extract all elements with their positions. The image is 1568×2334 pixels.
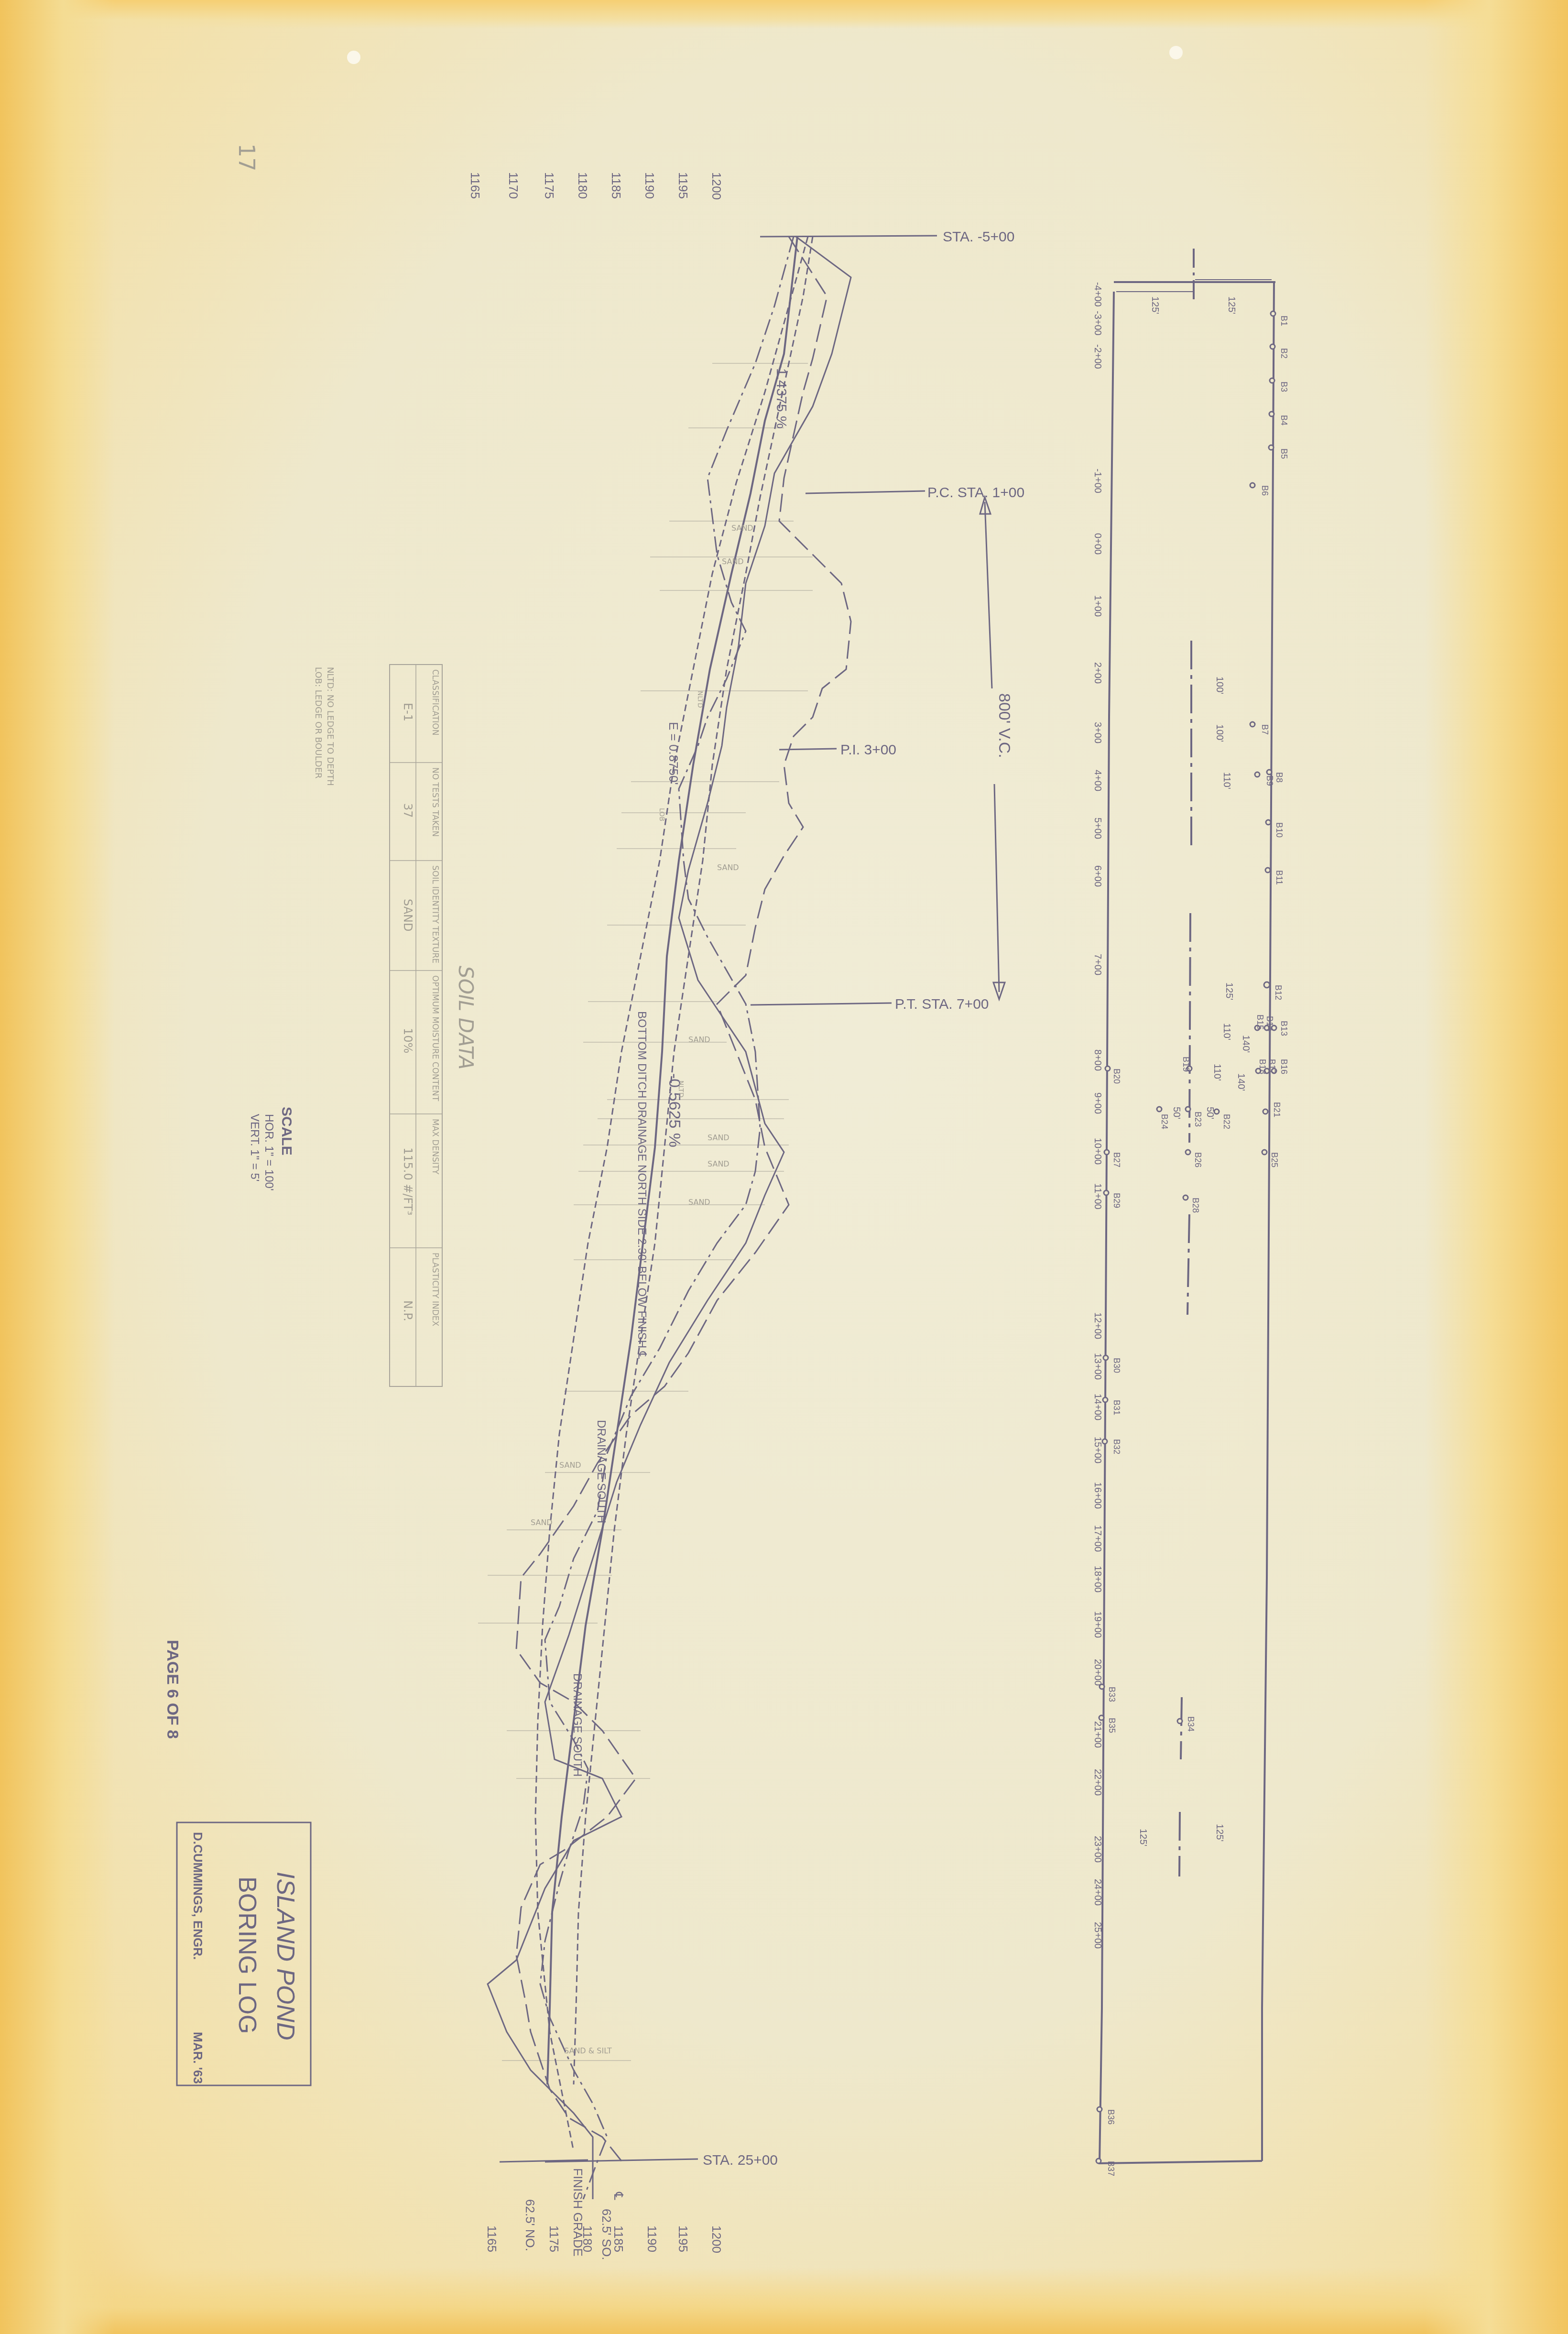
south-offset-ground-line [516, 237, 851, 2161]
station-tick: 21+00 [1092, 1721, 1103, 1748]
boring-label: B13 [1279, 1021, 1289, 1036]
boring-label: B4 [1279, 415, 1289, 425]
station-tick: 1+00 [1092, 595, 1103, 617]
elev-tick: 1200 [709, 2225, 724, 2253]
external-label: E = 0.8750' [666, 722, 681, 785]
soil-value-classification: E-1 [401, 703, 414, 721]
boring-label: B3 [1279, 382, 1289, 392]
punch-hole [1169, 46, 1183, 59]
station-tick: -1+00 [1092, 469, 1103, 493]
boring-label: B35 [1107, 1718, 1117, 1733]
scale-note: SCALE HOR. 1" = 100' VERT. 1" = 5' [248, 1107, 294, 1191]
title-line-2: BORING LOG [233, 1876, 261, 2034]
boring-label: B8 [1274, 772, 1284, 783]
offset-start-south: 125' [1150, 296, 1160, 314]
soil-value-density: 115.0 #/FT³ [401, 1147, 414, 1215]
station-tick: 23+00 [1092, 1836, 1103, 1863]
station-tick: 3+00 [1092, 722, 1103, 743]
elev-tick: 1175 [547, 2225, 561, 2252]
boring-label: B24 [1160, 1114, 1169, 1129]
offset-end-south: 125' [1138, 1829, 1148, 1846]
station-tick: -3+00 [1092, 311, 1103, 336]
boring-label: B1 [1279, 316, 1289, 326]
station-tick: 22+00 [1092, 1769, 1103, 1796]
soil-value-plasticity: N.P. [401, 1300, 414, 1321]
boring-label: B26 [1193, 1152, 1203, 1167]
elev-tick: 1185 [609, 172, 623, 199]
boring-label: B36 [1106, 2109, 1116, 2125]
boring-label: B30 [1112, 1358, 1122, 1373]
soil-callout: SAND [717, 863, 739, 872]
station-tick: 12+00 [1092, 1312, 1103, 1339]
soil-header-density: MAX DENSITY [430, 1119, 440, 1175]
legend-finish-grade: FINISH GRADE [571, 2168, 585, 2257]
boring-label: B15 [1255, 1014, 1265, 1030]
boring-label: B29 [1112, 1193, 1122, 1208]
soil-header-classification: CLASSIFICATION [430, 669, 440, 735]
elev-tick: 1190 [645, 2225, 659, 2252]
finish-grade-line [547, 237, 797, 2084]
station-tick: 17+00 [1092, 1525, 1103, 1552]
boring-label: B10 [1274, 822, 1284, 838]
soil-table-title: SOIL DATA [454, 966, 478, 1069]
plan-view: 125' 125' 100' 100' 110' 125' 110' 140' … [1092, 249, 1289, 2176]
soil-value-moisture: 10% [401, 1028, 414, 1053]
borings-center: B19 B23 B24 B26 B28 B34 [1157, 1057, 1203, 1732]
offset-b9: 110' [1221, 772, 1232, 789]
boring-label: B18 [1258, 1059, 1267, 1074]
boring-label: B12 [1274, 985, 1283, 1000]
soil-callout: SAND [688, 1035, 710, 1044]
soil-callout: SAND [688, 1198, 710, 1207]
boring-label: B7 [1260, 724, 1270, 735]
station-tick: 14+00 [1092, 1394, 1103, 1420]
elev-tick: 1175 [542, 172, 556, 199]
boring-label: B9 [1265, 775, 1274, 786]
boring-label: B21 [1272, 1102, 1282, 1117]
elev-tick: 1165 [485, 2225, 499, 2252]
soil-value-texture: SAND [401, 899, 414, 932]
elevation-axis-top: 1165 1170 1175 1180 1185 1190 1195 1200 [468, 172, 724, 200]
soil-note-lob: LOB: LEDGE OR BOULDER [313, 667, 323, 779]
station-tick: 8+00 [1092, 1049, 1103, 1071]
station-tick: 7+00 [1092, 954, 1103, 975]
station-tick: 11+00 [1092, 1183, 1103, 1210]
vertical-curve-dimension: 800' V.C. [980, 497, 1013, 999]
boring-label: B19 [1181, 1057, 1191, 1072]
station-tick: 24+00 [1092, 1879, 1103, 1906]
soil-callout: SAND [708, 1159, 730, 1168]
offset-b7: 100' [1214, 724, 1225, 742]
ditch-south-note-2: DRAINAGE SOUTH [571, 1673, 584, 1777]
legend-north: 62.5' NO. [523, 2199, 537, 2251]
soil-callout: SAND [731, 524, 753, 533]
boring-label: B23 [1193, 1112, 1203, 1127]
station-tick: 4+00 [1092, 770, 1103, 791]
boring-label: B14 [1265, 1016, 1274, 1031]
scale-horizontal: HOR. 1" = 100' [262, 1114, 275, 1191]
punch-hole [347, 51, 360, 64]
boring-label: B6 [1260, 485, 1270, 496]
station-markers: STA. -5+00 P.C. STA. 1+00 P.I. 3+00 P.T.… [500, 229, 1024, 2168]
boring-label: B22 [1222, 1114, 1231, 1129]
station-label-start: STA. -5+00 [943, 229, 1014, 245]
boring-label: B33 [1107, 1687, 1117, 1702]
station-label-pc: P.C. STA. 1+00 [927, 485, 1024, 501]
grade-label-1: -1.4375 % [773, 363, 789, 429]
elev-tick: 1180 [576, 172, 590, 199]
soil-callout: SAND [708, 1133, 730, 1142]
soil-callout: NLTD [677, 1080, 685, 1098]
offset-b19: 110' [1212, 1064, 1222, 1081]
offset-b15: 110' [1221, 1023, 1232, 1040]
title-block: ISLAND POND BORING LOG D.CUMMINGS, ENGR.… [177, 1822, 311, 2085]
boring-label: B32 [1112, 1439, 1122, 1454]
station-tick: 2+00 [1092, 662, 1103, 684]
plan-north-line [1262, 282, 1274, 2161]
soil-callout: SAND [559, 1461, 581, 1470]
station-tick: 16+00 [1092, 1482, 1103, 1509]
station-label-pi: P.I. 3+00 [840, 742, 896, 758]
offset-start-north: 125' [1226, 296, 1237, 314]
elev-tick: 1195 [676, 2225, 690, 2252]
soil-callout: SAND [531, 1518, 553, 1527]
boring-label: B27 [1112, 1152, 1122, 1167]
boring-label: B17 [1267, 1059, 1277, 1074]
soil-value-tests: 37 [401, 803, 414, 818]
offset-b16-span: 140' [1236, 1073, 1246, 1091]
boring-label: B28 [1191, 1198, 1200, 1213]
station-tick: 9+00 [1092, 1092, 1103, 1114]
boring-label: B5 [1279, 448, 1289, 459]
offset-b22: 50' [1205, 1107, 1215, 1119]
soil-header-moisture: OPTIMUM MOISTURE CONTENT [430, 975, 440, 1102]
engineer-name: D.CUMMINGS, ENGR. [191, 1832, 205, 1960]
boring-label: B25 [1270, 1152, 1279, 1167]
soil-header-plasticity: PLASTICITY INDEX [430, 1253, 440, 1327]
ditch-south-note-1: DRAINAGE SOUTH [595, 1420, 608, 1523]
soil-data-table: SOIL DATA CLASSIFICATION NO TESTS TAKEN … [313, 665, 478, 1386]
soil-callout: SAND & SILT [564, 2046, 612, 2055]
station-tick: -2+00 [1092, 344, 1103, 369]
offset-end-north: 125' [1214, 1824, 1225, 1842]
scale-label: SCALE [279, 1107, 294, 1156]
title-line-1: ISLAND POND [272, 1872, 299, 2040]
ditch-south-line [574, 237, 813, 2084]
soil-callout: LOB [658, 808, 665, 821]
soil-callout: NLTD [696, 691, 704, 708]
boring-log-drawing: 17 ISLAND POND BORING LOG D.CUMMINGS, EN… [0, 0, 1568, 2334]
station-tick: 18+00 [1092, 1566, 1103, 1592]
legend-centerline: ℄ [611, 2192, 626, 2200]
offset-b24: 50' [1171, 1107, 1182, 1119]
elev-tick: 1190 [642, 172, 657, 199]
ditch-north-line [535, 237, 808, 2151]
station-tick: 25+00 [1092, 1922, 1103, 1949]
boring-label: B31 [1112, 1400, 1122, 1415]
drawing-sheet: 17 ISLAND POND BORING LOG D.CUMMINGS, EN… [0, 0, 1568, 2334]
sheet-mark: 17 [234, 143, 260, 172]
offset-b6: 100' [1214, 676, 1225, 694]
legend-south: 62.5' SO. [599, 2209, 614, 2260]
boring-label: B34 [1186, 1716, 1196, 1732]
elev-tick: 1165 [468, 172, 482, 199]
ditch-north-note: BOTTOM DITCH DRAINAGE NORTH SIDE 2.30' B… [635, 1011, 648, 1359]
elev-tick: 1200 [709, 172, 724, 200]
station-tick: 5+00 [1092, 818, 1103, 839]
centerline-ground-line [488, 237, 851, 2199]
boring-label: B11 [1274, 870, 1284, 885]
boring-label: B16 [1279, 1059, 1289, 1074]
boring-label: B20 [1112, 1069, 1122, 1084]
boring-label: B37 [1106, 2161, 1116, 2176]
station-tick: 20+00 [1092, 1659, 1103, 1686]
drawing-date: MAR. '63 [191, 2032, 205, 2084]
offset-b14-span: 140' [1241, 1035, 1251, 1053]
soil-note-nltd: NLTD: NO LEDGE TO DEPTH [325, 667, 335, 786]
station-label-end: STA. 25+00 [703, 2152, 778, 2168]
station-tick: 13+00 [1092, 1353, 1103, 1380]
station-label-pt: P.T. STA. 7+00 [895, 996, 989, 1012]
soil-header-texture: SOIL IDENTITY TEXTURE [430, 865, 440, 963]
soil-header-tests: NO TESTS TAKEN [430, 767, 440, 837]
boring-label: B2 [1279, 348, 1289, 359]
offset-b12: 125' [1224, 982, 1234, 1000]
plan-station-axis: -4+00 -3+00 -2+00 -1+00 0+00 1+00 2+00 3… [1092, 282, 1103, 1949]
station-tick: 10+00 [1092, 1138, 1103, 1165]
scale-vertical: VERT. 1" = 5' [248, 1114, 261, 1181]
soil-callout: SAND [722, 557, 744, 566]
page-label: PAGE 6 OF 8 [163, 1640, 182, 1739]
vertical-curve-label: 800' V.C. [995, 693, 1013, 758]
elev-tick: 1170 [506, 172, 521, 199]
station-tick: 19+00 [1092, 1611, 1103, 1638]
station-tick: 0+00 [1092, 533, 1103, 555]
station-tick: 6+00 [1092, 865, 1103, 887]
station-tick: -4+00 [1092, 282, 1103, 307]
station-tick: 15+00 [1092, 1437, 1103, 1463]
elev-tick: 1195 [676, 172, 690, 199]
